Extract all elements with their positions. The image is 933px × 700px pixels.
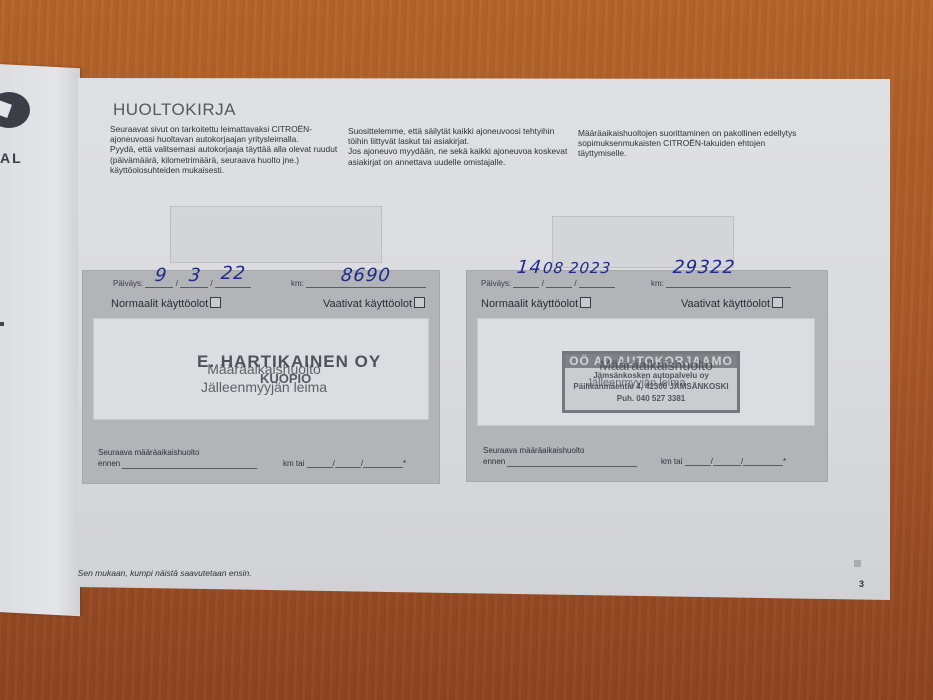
intro-column-2: Suosittelemme, että säilytät kaikki ajon… [348, 126, 573, 167]
service-entry-card: Päiväys: / / 9 3 22 km: 8690 Normaalit k… [82, 270, 440, 484]
next-service-km-or-date[interactable]: km tai //* [283, 459, 406, 468]
date-label: Päiväys: [113, 279, 143, 288]
page-title: HUOLTOKIRJA [113, 100, 236, 120]
demanding-conditions-checkbox[interactable] [414, 297, 425, 308]
intro-paragraph: Pyydä, että valitsemasi autokorjaaja täy… [110, 144, 342, 175]
normal-conditions-option[interactable]: Normaalit käyttöolot [481, 297, 591, 310]
left-page-logo-text: AL [0, 150, 23, 166]
date-month-value: 08 [542, 259, 565, 277]
intro-paragraph: Määräaikaishuoltojen suorittaminen on pa… [578, 128, 803, 159]
dealer-stamp-city: KUOPIO [260, 371, 311, 386]
demanding-conditions-option[interactable]: Vaativat käyttöolot [681, 297, 783, 310]
normal-conditions-option[interactable]: Normaalit käyttöolot [111, 297, 221, 310]
normal-conditions-checkbox[interactable] [210, 297, 221, 308]
intro-column-3: Määräaikaishuoltojen suorittaminen on pa… [578, 128, 803, 159]
left-page-mark [0, 322, 4, 326]
km-label: km: [291, 279, 304, 288]
service-book-page: HUOLTOKIRJA Seuraavat sivut on tarkoitet… [78, 78, 890, 600]
dealer-stamp-area: Määräaikaishuolto Jälleenmyyjän leima E.… [93, 318, 429, 420]
km-field[interactable]: km: [651, 277, 791, 288]
next-service-label: Seuraava määräaikaishuolto ennen [98, 447, 257, 469]
next-service-label: Seuraava määräaikaishuolto ennen [483, 445, 637, 467]
dealer-stamp-area: OÖ AD AUTOKORJAAMO Jämsänkosken autopalv… [477, 318, 815, 426]
next-service-km-or-date[interactable]: km tai //* [661, 457, 786, 466]
intro-column-1: Seuraavat sivut on tarkoitettu leimattav… [110, 124, 342, 175]
left-page [0, 62, 80, 616]
km-value: 29322 [672, 257, 736, 278]
date-field[interactable]: Päiväys: / / [481, 277, 615, 288]
stamp-placeholder-line1: Määräaikaishuolto [586, 357, 726, 374]
date-year-value: 2023 [568, 259, 612, 277]
date-day-value: 9 [154, 265, 169, 286]
intro-paragraph: Seuraavat sivut on tarkoitettu leimattav… [110, 124, 342, 144]
date-year-value: 22 [220, 263, 247, 284]
km-value: 8690 [340, 265, 392, 286]
stamp-placeholder-line2: Jälleenmyyjän leima [576, 375, 696, 392]
intro-paragraph: Jos ajoneuvo myydään, ne sekä kaikki ajo… [348, 146, 573, 166]
date-day-value: 14 [516, 257, 543, 278]
date-label: Päiväys: [481, 279, 511, 288]
bleed-through-stamp [170, 206, 382, 263]
normal-conditions-checkbox[interactable] [580, 297, 591, 308]
page-mark [854, 560, 861, 567]
km-label: km: [651, 279, 664, 288]
service-entry-card: Päiväys: / / 14 08 2023 km: 29322 Normaa… [466, 270, 828, 482]
footnote: * Sen mukaan, kumpi näistä saavutetaan e… [72, 568, 252, 578]
demanding-conditions-checkbox[interactable] [772, 297, 783, 308]
next-service-line[interactable] [122, 461, 257, 469]
dealer-stamp-name: E. HARTIKAINEN OY [197, 352, 381, 372]
demanding-conditions-option[interactable]: Vaativat käyttöolot [323, 297, 425, 310]
intro-paragraph: Suosittelemme, että säilytät kaikki ajon… [348, 126, 573, 146]
next-service-line[interactable] [507, 459, 637, 467]
page-number: 3 [859, 579, 864, 589]
dealer-stamp-phone: Puh. 040 527 3381 [565, 394, 737, 403]
date-month-value: 3 [188, 265, 203, 286]
